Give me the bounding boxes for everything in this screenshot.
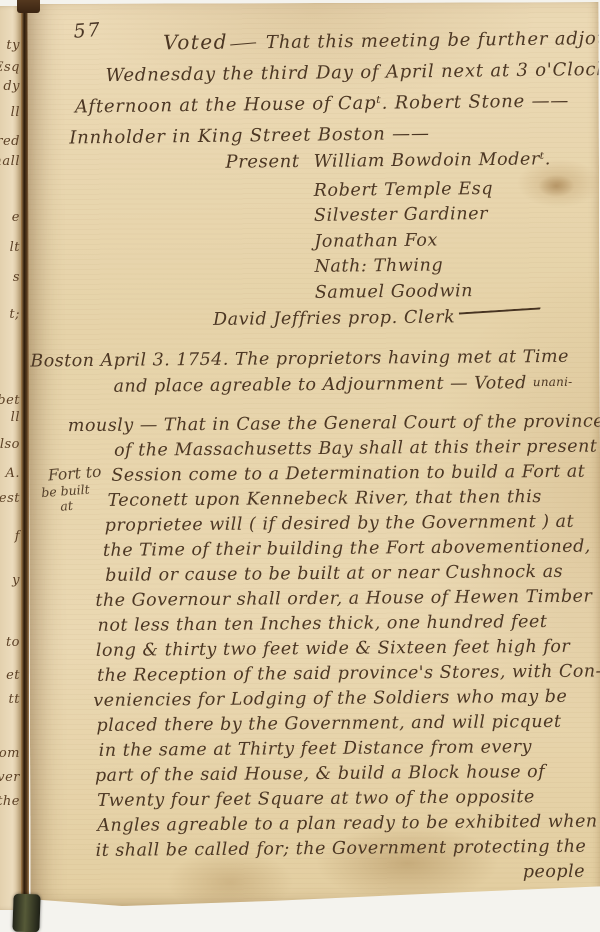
facing-page-edge: ty Esq dy ll uired hall e lt s t; bet ll… [0,6,21,910]
facing-page-fragment: hall [0,154,20,169]
facing-page-fragment: Esq [0,60,20,75]
attendee-name: Jonathan Fox [314,227,552,255]
facing-page-fragment: ty [6,38,20,53]
attendee-name: Samuel Goodwin [315,278,553,306]
present-label: Present [225,151,300,173]
pen-flourish [459,307,541,322]
facing-page-fragment: ll [11,410,20,425]
facing-page-fragment: bet [0,393,20,408]
facing-page-fragment: y [12,573,20,588]
present-row: PresentWilliam Bowdoin Moderᵗ. [225,146,551,176]
clerk-name: David Jeffries prop. Clerk [213,307,455,330]
manuscript-page: 57 VotedThat this meeting be further adj… [27,2,600,910]
pen-dash [230,42,256,45]
facing-page-fragment: A. [5,466,20,481]
attendee-name: Nath: Thwing [314,252,552,280]
attendee-name: Robert Temple Esq [314,176,552,204]
adjournment-paragraph: VotedThat this meeting be further adjour… [68,21,600,153]
manuscript-scan: ty Esq dy ll uired hall e lt s t; bet ll… [0,0,600,932]
facing-page-fragment: t; [9,307,20,322]
facing-page-fragment: the [0,794,20,809]
minutes-paragraph: Boston April 3. 1754. The proprietors ha… [27,344,600,889]
attendee-list: PresentWilliam Bowdoin Moderᵗ. Robert Te… [27,146,552,335]
minutes-line: and place agreable to Adjournment — Vote… [113,369,600,399]
facing-page-fragment: e [12,210,20,225]
facing-page-fragment: tt [9,692,20,707]
attendee-name: Silvester Gardiner [314,201,552,229]
voted-word: Voted [163,30,228,55]
facing-page-fragment: ver [0,770,20,785]
binding-tab [17,0,40,13]
facing-page-fragment: lso [0,437,20,452]
facing-page-fragment: et [6,668,20,683]
facing-page-fragment: dy [3,79,20,94]
facing-page-fragment: ll [11,105,20,120]
facing-page-fragment: uired [0,134,20,149]
binding-gutter [21,4,29,910]
facing-page-fragment: s [13,270,20,285]
binding-clasp [12,894,40,932]
clerk-line: David Jeffries prop. Clerk [213,304,553,333]
moderator-name: William Bowdoin Moderᵗ. [314,149,551,171]
adjournment-line: Afternoon at the House of Capᵗ. Robert S… [75,84,600,122]
facing-page-fragment: rom [0,746,20,761]
facing-page-fragment: f [15,529,20,544]
minutes-line: people [523,859,600,885]
facing-page-fragment: est [0,491,20,506]
facing-page-fragment: to [6,635,20,650]
minutes-text: and place agreable to Adjournment — Vote… [113,373,533,397]
adjournment-line: VotedThat this meeting be further adjour… [163,21,600,59]
unanimously-suffix: unani- [533,375,573,389]
adjournment-text: That this meeting be further adjourned t… [266,27,600,53]
facing-page-fragment: lt [10,240,20,255]
